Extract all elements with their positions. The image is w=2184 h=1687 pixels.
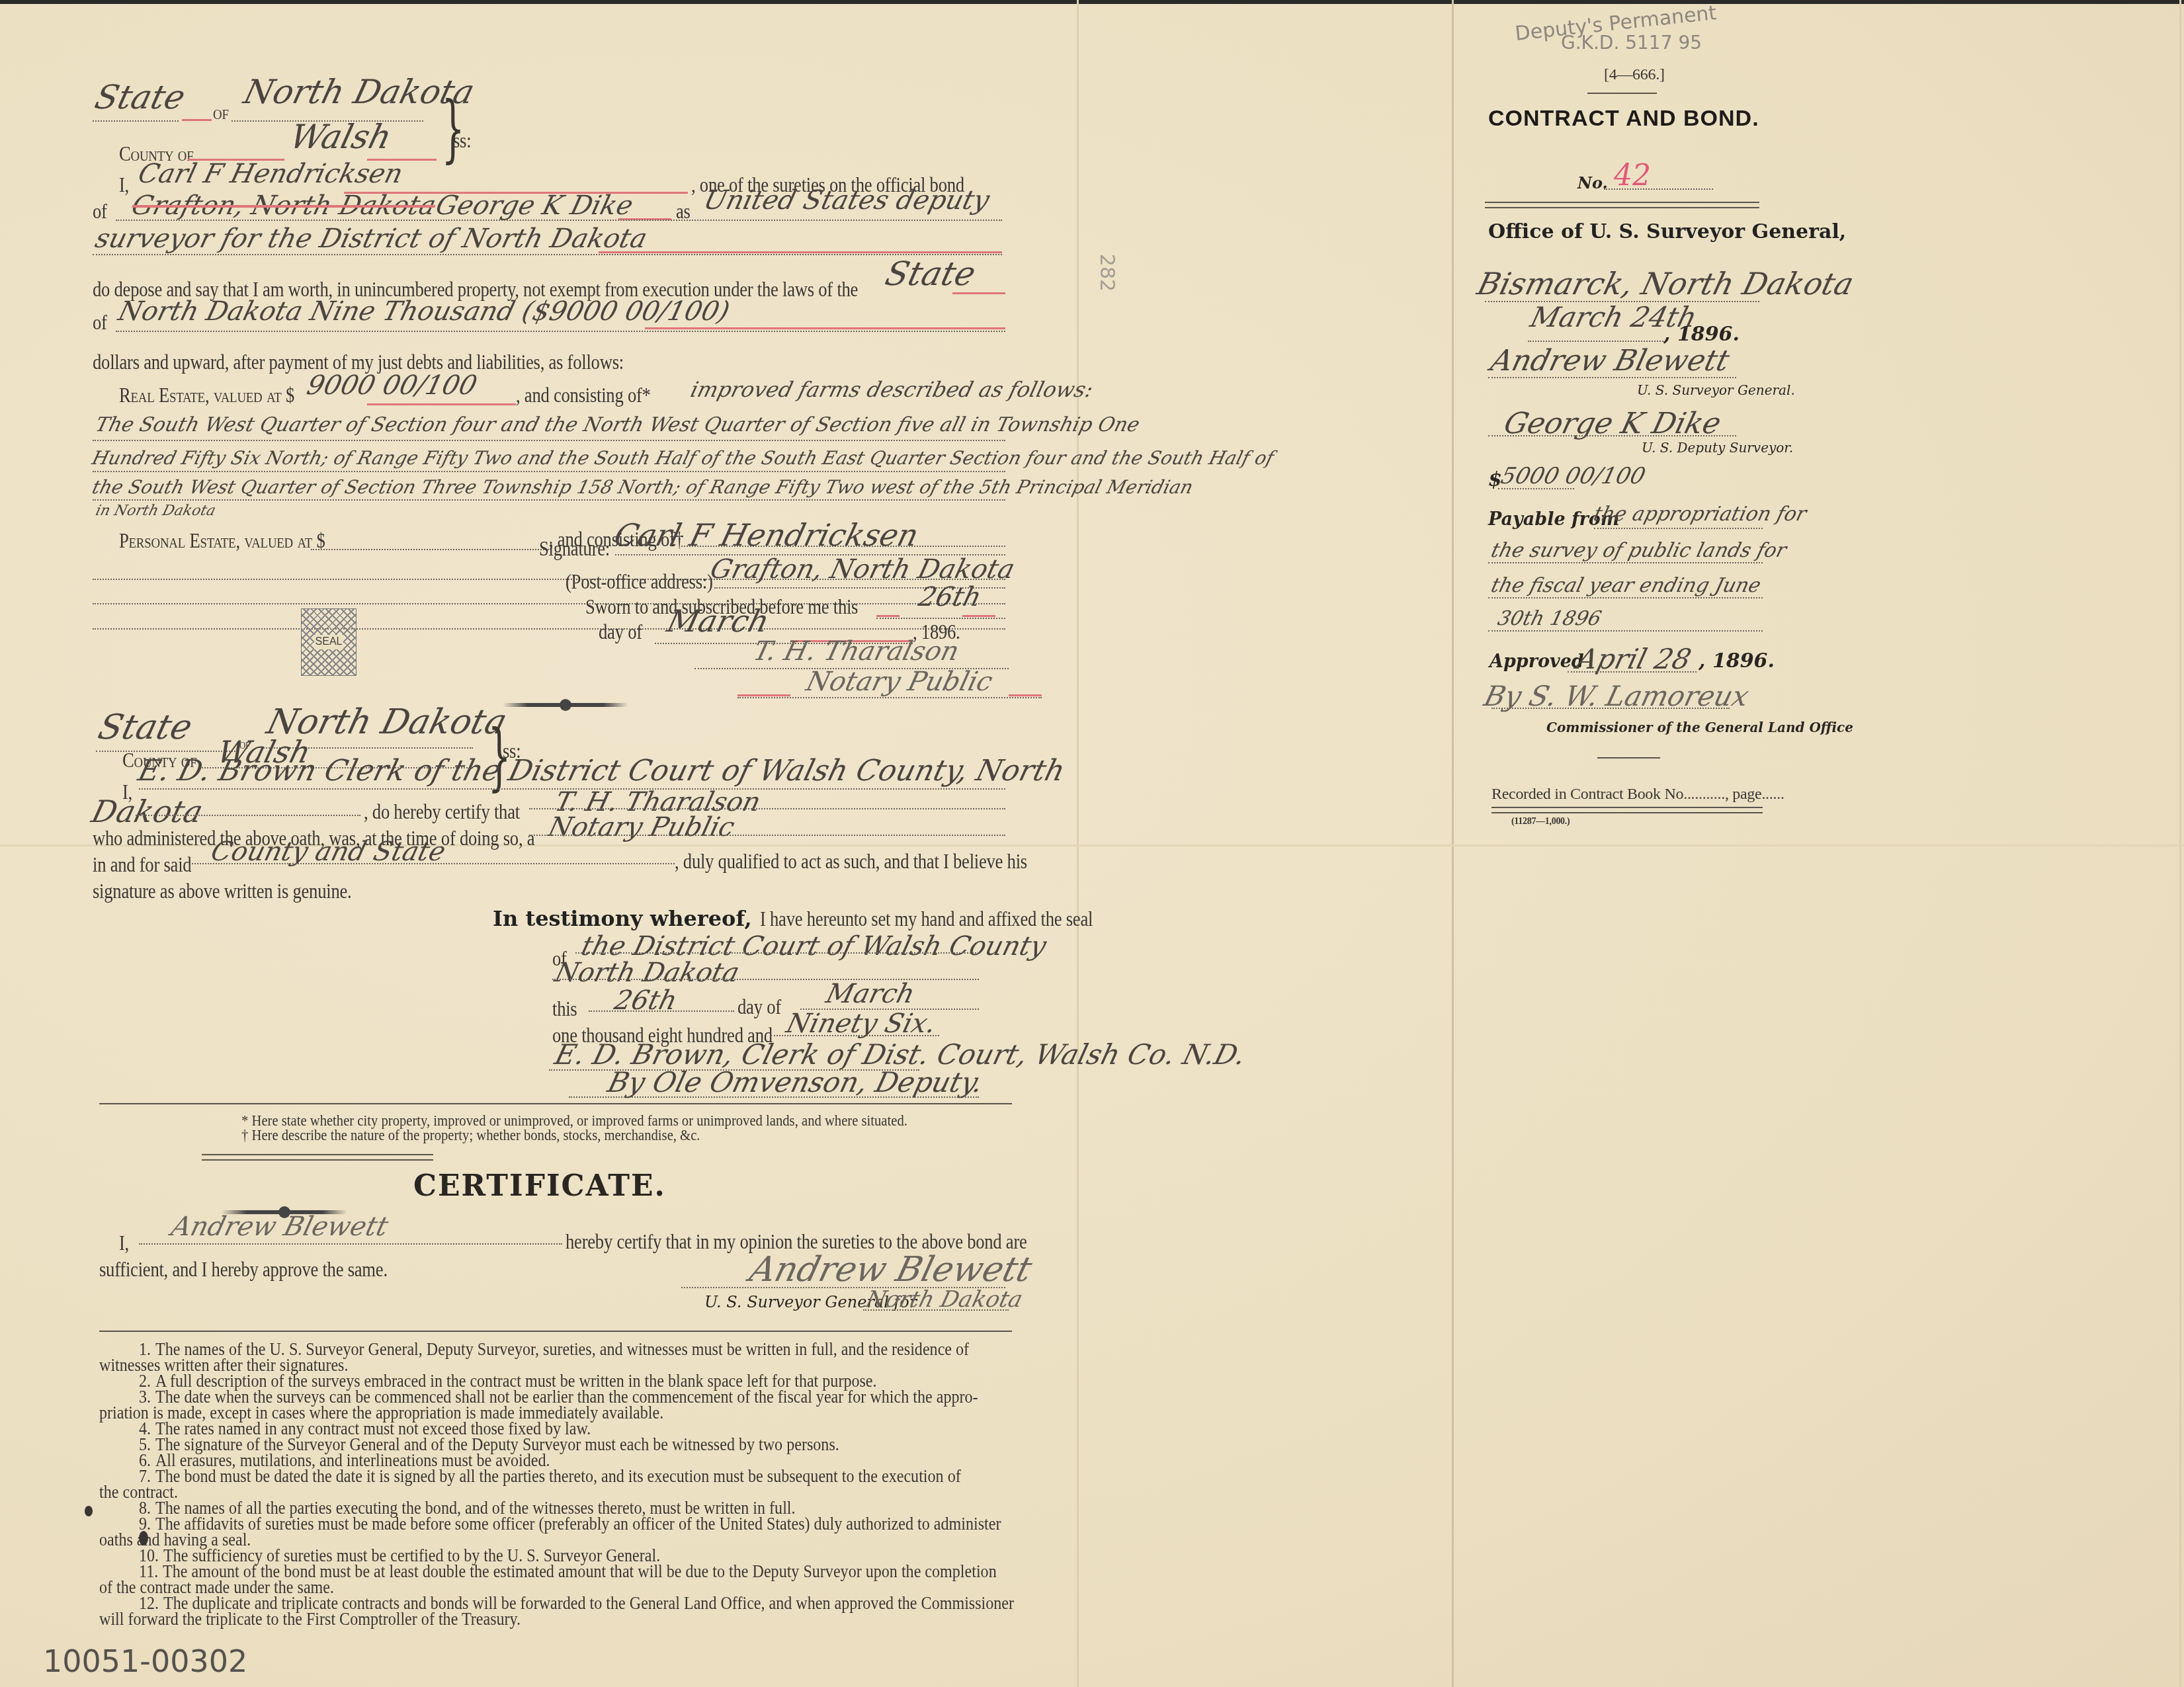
instruction-item: 9.The affidavits of sureties must be mad… xyxy=(139,1513,1001,1536)
divider xyxy=(202,1154,433,1161)
margin-pencil-note: 282 xyxy=(1095,254,1118,292)
surety-name: Carl F Hendricksen xyxy=(135,159,405,189)
approved-date: April 28 xyxy=(1574,643,1695,675)
scan-edge xyxy=(0,0,2184,4)
instruction-text: The bond must be dated the date it is si… xyxy=(155,1466,961,1487)
pencil-note: G.K.D. 5117 95 xyxy=(1561,32,1702,54)
county-name: Walsh xyxy=(286,118,396,156)
notary-signature: T. H. Tharalson xyxy=(750,636,962,667)
deputy-signature: By Ole Omvenson, Deputy. xyxy=(605,1066,987,1098)
testimony-heading: In testimony whereof, xyxy=(493,906,752,931)
notary-title: Notary Public xyxy=(803,667,995,697)
instruction-text: The affidavits of sureties must be made … xyxy=(155,1514,1001,1534)
surveyor-general-signature: Andrew Blewett xyxy=(746,1250,1036,1290)
contract-number: 42 xyxy=(1614,159,1651,192)
post-office-address: Grafton, North Dakota xyxy=(707,554,1017,585)
cover-edge xyxy=(1452,0,1454,1687)
form-number: [4—666.] xyxy=(1604,66,1665,84)
section-divider xyxy=(99,1331,1012,1332)
print-code: (11287—1,000.) xyxy=(1511,817,1570,827)
real-estate-value: 9000 00/100 xyxy=(304,370,480,401)
state-word: State xyxy=(91,78,189,116)
payable-source: the appropriation for xyxy=(1591,503,1809,526)
cover-title: CONTRACT AND BOND. xyxy=(1488,106,1759,132)
sworn-day: 26th xyxy=(915,582,984,612)
worth-amount: North Dakota Nine Thousand ($9000 00/100… xyxy=(115,296,733,327)
fold-line xyxy=(1077,0,1079,1687)
certifying-officer: Andrew Blewett xyxy=(168,1212,391,1242)
divider-ornament xyxy=(503,703,628,707)
sworn-month: March xyxy=(663,603,773,639)
struck-residence: Grafton, North Dakota xyxy=(128,190,439,221)
surveyor-general-name: Andrew Blewett xyxy=(1488,344,1733,378)
surety-signature: Carl F Hendricksen xyxy=(610,517,922,553)
bond-amount: 5000 00/100 xyxy=(1498,463,1648,489)
office-title: United States deputy xyxy=(700,185,992,216)
clerk-month: March xyxy=(823,979,918,1009)
clerk-name: E. D. Brown Clerk of the District Court … xyxy=(135,754,1069,788)
archive-number: 10051-00302 xyxy=(43,1643,247,1679)
seal-icon: SEAL xyxy=(301,608,357,676)
instruction-item: 7.The bond must be dated the date it is … xyxy=(139,1465,961,1488)
instruction-continuation: will forward the triplicate to the First… xyxy=(99,1608,521,1631)
principal-name: George K Dike xyxy=(433,190,636,221)
section-divider xyxy=(99,1103,1012,1104)
certificate-title: CERTIFICATE. xyxy=(413,1169,666,1203)
office-district: surveyor for the District of North Dakot… xyxy=(92,224,650,254)
office-heading: Office of U. S. Surveyor General, xyxy=(1488,220,1846,243)
recorded-line: Recorded in Contract Book No...........,… xyxy=(1491,786,1785,803)
surveyor-district: North Dakota xyxy=(863,1286,1025,1313)
office-place: Bismarck, North Dakota xyxy=(1474,266,1857,302)
fold-line xyxy=(2179,0,2181,1687)
